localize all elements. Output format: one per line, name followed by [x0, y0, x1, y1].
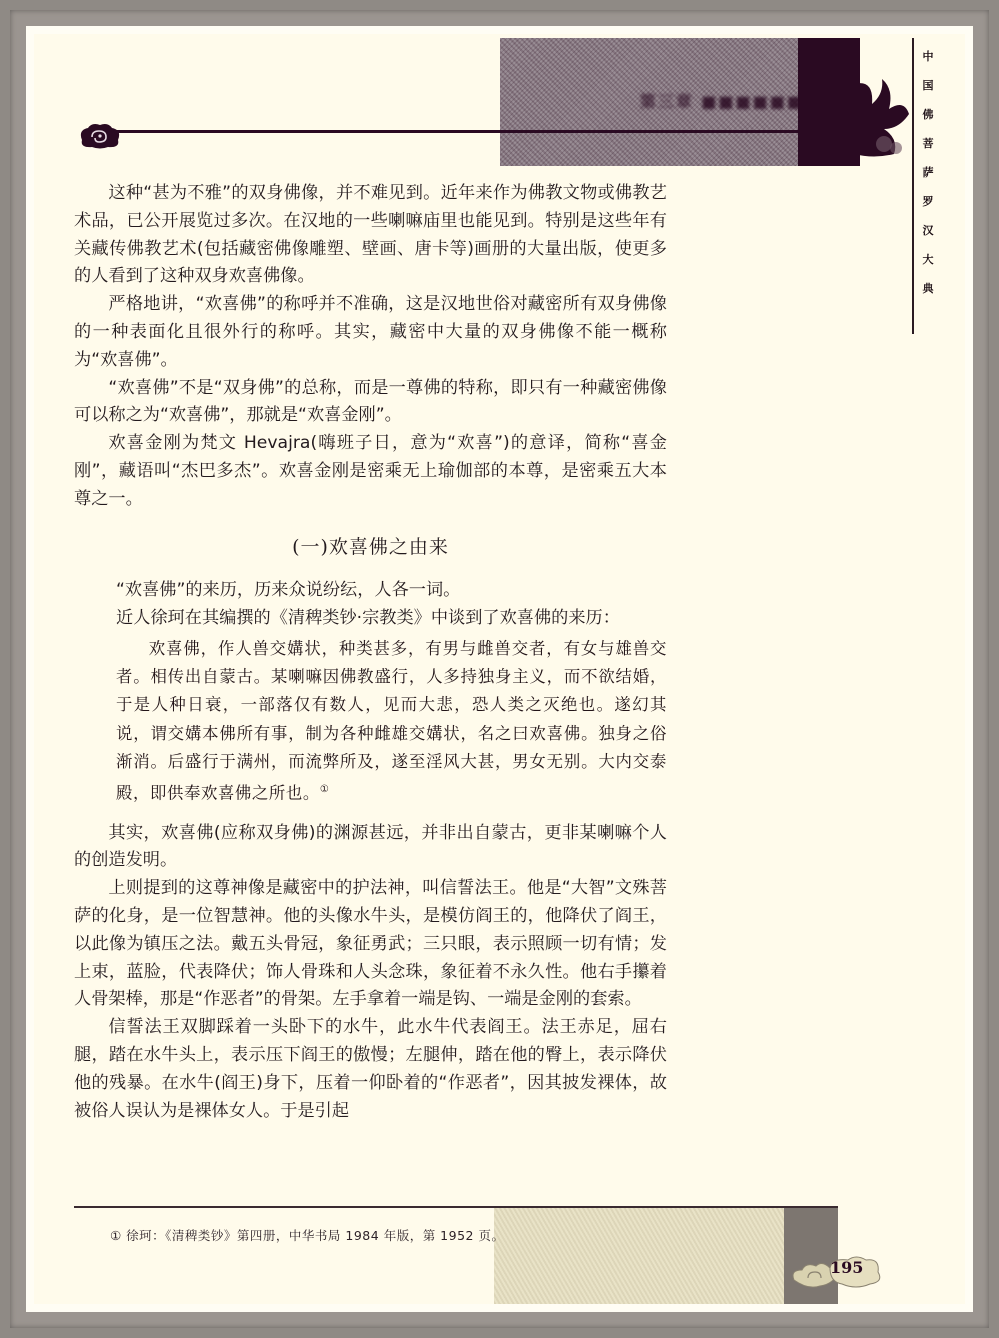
paragraph: 其实，欢喜佛(应称双身佛)的渊源甚远，并非出自蒙古，更非某喇嘛个人的创造发明。: [74, 820, 667, 876]
footer-texture-band: [494, 1208, 784, 1304]
title-char: 菩: [918, 129, 938, 158]
title-char: 佛: [918, 100, 938, 129]
paragraph: “欢喜佛”不是“双身佛”的总称，而是一尊佛的特称，即只有一种藏密佛像可以称之为“…: [74, 375, 667, 431]
lotus-ornament-icon: [854, 74, 914, 164]
quote-text: 欢喜佛，作人兽交媾状，种类甚多，有男与雌兽交者，有女与雄兽交者。相传出自蒙古。某…: [116, 639, 667, 802]
paragraph: 这种“甚为不雅”的双身佛像，并不难见到。近年来作为佛教文物或佛教艺术品，已公开展…: [74, 180, 667, 291]
page-number: 195: [830, 1258, 863, 1277]
paragraph: 上则提到的这尊神像是藏密中的护法神，叫信誓法王。他是“大智”文殊菩萨的化身，是一…: [74, 875, 667, 1014]
title-char: 中: [918, 42, 938, 71]
book-page: 第三章 ■■■■■■ 中 国 佛 菩 萨 罗 汉: [34, 34, 965, 1304]
title-char: 罗: [918, 187, 938, 216]
chapter-stamp: 第三章 ■■■■■■: [634, 92, 804, 132]
paragraph: 欢喜金刚为梵文 Hevajra(嗨班子日，意为“欢喜”)的意译，简称“喜金刚”，…: [74, 430, 667, 513]
paragraph: 信誓法王双脚踩着一头卧下的水牛，此水牛代表阎王。法王赤足，屈右腿，踏在水牛头上，…: [74, 1014, 667, 1125]
title-char: 汉: [918, 216, 938, 245]
title-char: 萨: [918, 158, 938, 187]
paragraph: 严格地讲，“欢喜佛”的称呼并不准确，这是汉地世俗对藏密所有双身佛像的一种表面化且…: [74, 291, 667, 374]
cloud-ornament-icon: [78, 122, 122, 150]
title-char: 典: [918, 274, 938, 303]
footnote-marker: ①: [320, 784, 330, 795]
frame-mat: 第三章 ■■■■■■ 中 国 佛 菩 萨 罗 汉: [26, 26, 973, 1312]
header-dark-block: [798, 38, 860, 166]
photo-frame: 第三章 ■■■■■■ 中 国 佛 菩 萨 罗 汉: [10, 10, 989, 1328]
title-char: 大: [918, 245, 938, 274]
body-text: 这种“甚为不雅”的双身佛像，并不难见到。近年来作为佛教文物或佛教艺术品，已公开展…: [74, 180, 667, 1125]
footer-rule: [74, 1206, 838, 1208]
footnote: ① 徐珂：《清稗类钞》第四册，中华书局 1984 年版，第 1952 页。: [110, 1226, 504, 1244]
section-heading: (一)欢喜佛之由来: [74, 534, 667, 562]
lead-line: 近人徐珂在其编撰的《清稗类钞·宗教类》中谈到了欢喜佛的来历：: [74, 605, 667, 633]
block-quote: 欢喜佛，作人兽交媾状，种类甚多，有男与雌兽交者，有女与雄兽交者。相传出自蒙古。某…: [74, 635, 667, 808]
header-rule: [106, 130, 846, 133]
lead-line: “欢喜佛”的来历，历来众说纷纭，人各一词。: [74, 577, 667, 605]
vertical-title-rule: [912, 38, 914, 334]
title-char: 国: [918, 71, 938, 100]
book-title-vertical: 中 国 佛 菩 萨 罗 汉 大 典: [918, 42, 938, 303]
